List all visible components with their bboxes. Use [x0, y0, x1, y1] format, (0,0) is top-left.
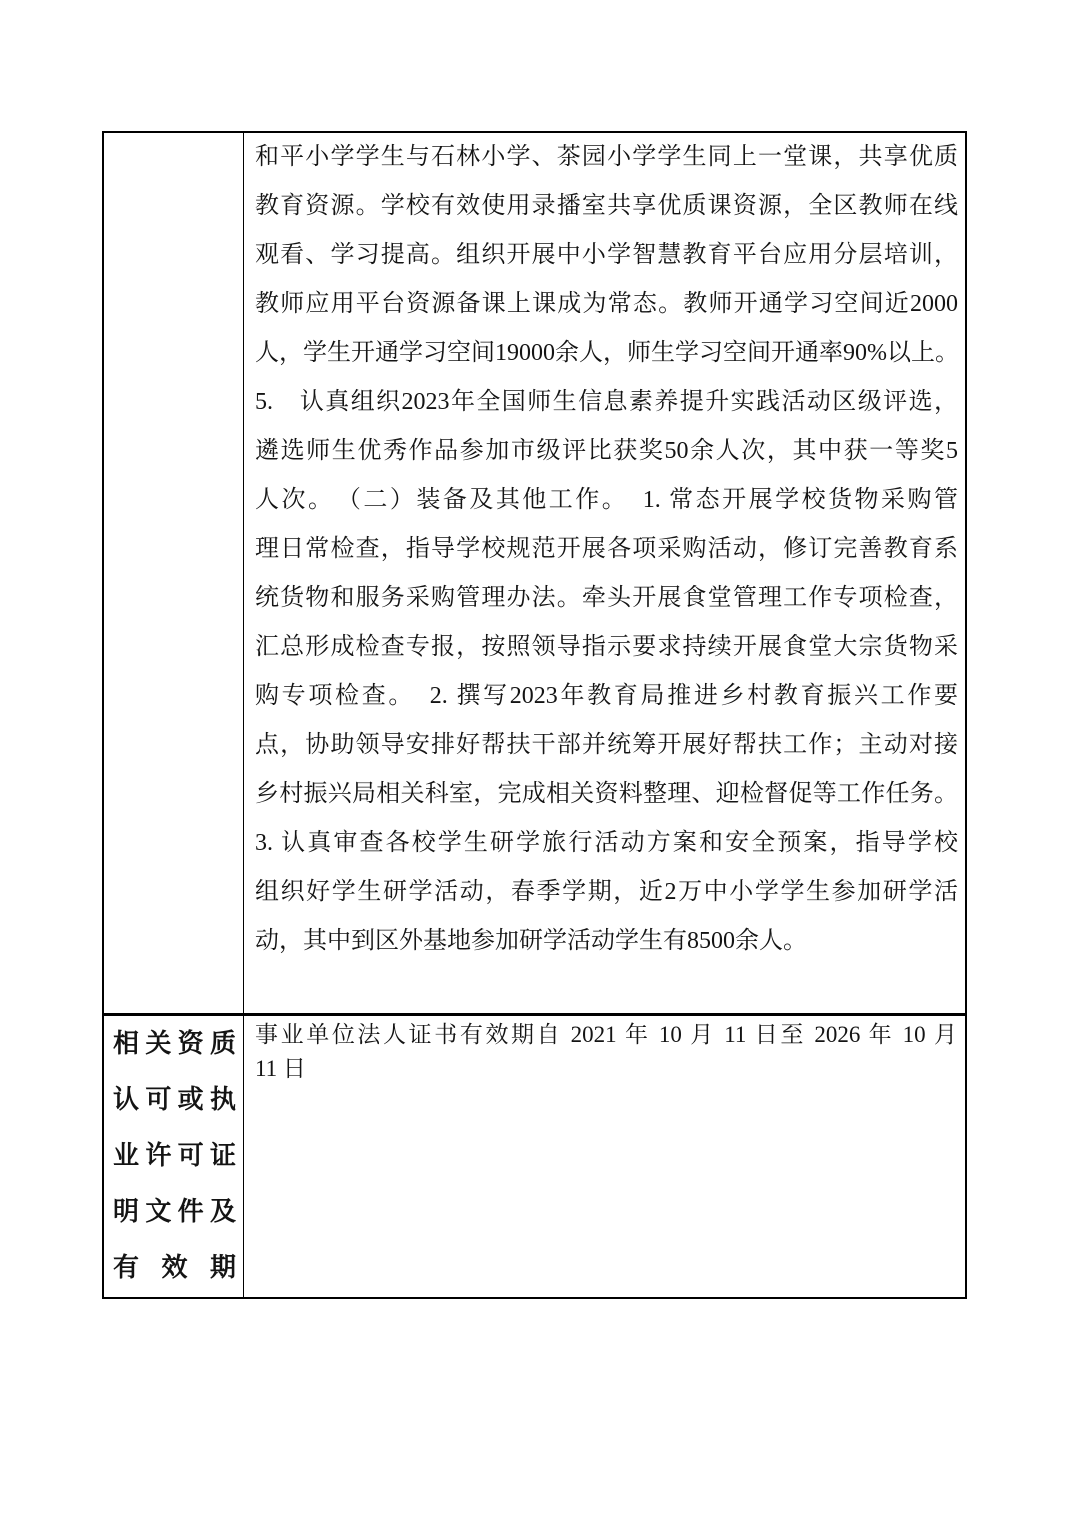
table-row-qualification: 相关资质 认可或执 业许可证 明文件及 有效期 事业单位法人证书有效期自 202… [104, 1013, 965, 1297]
report-table: 和平小学学生与石林小学、茶园小学学生同上一堂课，共享优质 教育资源。学校有效使用… [102, 131, 967, 1299]
table-row-continued: 和平小学学生与石林小学、茶园小学学生同上一堂课，共享优质 教育资源。学校有效使用… [104, 133, 965, 1013]
body-text-line: 教育资源。学校有效使用录播室共享优质课资源，全区教师在线 [255, 182, 958, 231]
body-text-line: 遴选师生优秀作品参加市级评比获奖50余人次，其中获一等奖5 [255, 427, 958, 476]
continued-row-content-cell: 和平小学学生与石林小学、茶园小学学生同上一堂课，共享优质 教育资源。学校有效使用… [244, 133, 965, 1013]
qualification-label-line: 业许可证 [113, 1128, 236, 1184]
body-text-line: 人，学生开通学习空间19000余人，师生学习空间开通率90%以上。 [255, 329, 958, 378]
body-text-line: 教师应用平台资源备课上课成为常态。教师开通学习空间近2000 [255, 280, 958, 329]
qualification-content-cell: 事业单位法人证书有效期自 2021 年 10 月 11 日至 2026 年 10… [244, 1016, 965, 1297]
body-text-line: 组织好学生研学活动，春季学期，近2万中小学学生参加研学活 [255, 868, 958, 917]
qualification-label-cell: 相关资质 认可或执 业许可证 明文件及 有效期 [104, 1016, 244, 1297]
certificate-validity-line: 事业单位法人证书有效期自 2021 年 10 月 11 日至 2026 年 10… [255, 1018, 957, 1052]
body-text-line: 5. 认真组织2023年全国师生信息素养提升实践活动区级评选， [255, 378, 958, 427]
body-text-line: 和平小学学生与石林小学、茶园小学学生同上一堂课，共享优质 [255, 133, 958, 182]
body-text-line: 动，其中到区外基地参加研学活动学生有8500余人。 [255, 917, 958, 966]
continued-row-label-cell [104, 133, 244, 1013]
qualification-label-line: 认可或执 [113, 1072, 236, 1128]
body-text-line: 统货物和服务采购管理办法。牵头开展食堂管理工作专项检查， [255, 574, 958, 623]
qualification-label-line: 明文件及 [113, 1184, 236, 1240]
certificate-validity-line: 11 日 [255, 1052, 957, 1086]
body-text-line: 购专项检查。 2. 撰写2023年教育局推进乡村教育振兴工作要 [255, 672, 958, 721]
body-text-line: 理日常检查，指导学校规范开展各项采购活动，修订完善教育系 [255, 525, 958, 574]
qualification-label-line: 有效期 [113, 1240, 236, 1296]
body-text-line: 人次。 （二）装备及其他工作。 1. 常态开展学校货物采购管 [255, 476, 958, 525]
document-page: 和平小学学生与石林小学、茶园小学学生同上一堂课，共享优质 教育资源。学校有效使用… [0, 0, 1074, 1520]
qualification-label-line: 相关资质 [113, 1016, 236, 1072]
body-text-line: 点，协助领导安排好帮扶干部并统筹开展好帮扶工作；主动对接 [255, 721, 958, 770]
body-text-line: 3. 认真审查各校学生研学旅行活动方案和安全预案，指导学校 [255, 819, 958, 868]
body-text-line: 乡村振兴局相关科室，完成相关资料整理、迎检督促等工作任务。 [255, 770, 958, 819]
body-text-line: 观看、学习提高。组织开展中小学智慧教育平台应用分层培训， [255, 231, 958, 280]
body-text-line: 汇总形成检查专报，按照领导指示要求持续开展食堂大宗货物采 [255, 623, 958, 672]
